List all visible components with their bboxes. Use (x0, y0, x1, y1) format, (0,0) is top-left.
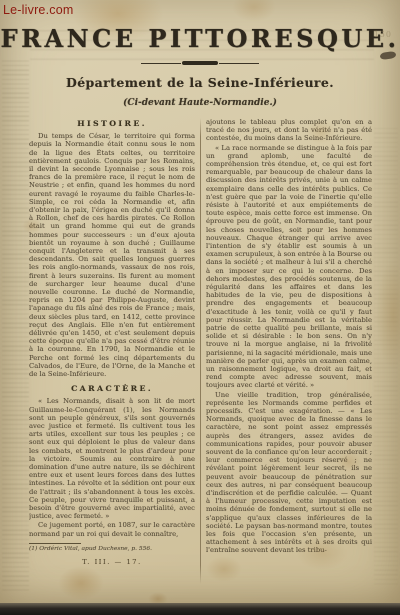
print-showthrough (374, 128, 398, 588)
left-column: HISTOIRE. Du temps de César, le territoi… (29, 118, 195, 584)
print-showthrough (2, 58, 29, 594)
book-page-scan: Le-livre.com FRANCE PITTORESQUE. 150 Dép… (0, 0, 400, 615)
ornament-line (141, 63, 181, 64)
histoire-paragraph: Du temps de César, le territoire qui for… (29, 132, 195, 378)
caractere-paragraph: Ce jugement porté, en 1087, sur le carac… (29, 521, 195, 537)
histoire-heading: HISTOIRE. (29, 120, 195, 128)
continued-paragraph: ajoutons le tableau plus complet qu'on e… (206, 118, 372, 143)
caractere-paragraph: « Les Normands, disait à son lit de mort… (29, 397, 195, 520)
right-column: ajoutons le tableau plus complet qu'on e… (206, 118, 372, 584)
volume-signature: T. III. — 17. (29, 558, 195, 566)
caractere-paragraph: Une vieille tradition, trop généralisée,… (206, 391, 372, 555)
text-columns: HISTOIRE. Du temps de César, le territoi… (29, 118, 372, 584)
ornament-bar (182, 61, 218, 65)
former-province-name: (Ci-devant Haute-Normandie.) (0, 98, 400, 108)
ornament-rule (141, 61, 259, 65)
footnote: (1) Ordéric Vital, apud Duchesne, p. 556… (29, 546, 195, 553)
page-number-showthrough: 150 (374, 30, 392, 39)
ornament-line (219, 63, 259, 64)
caractere-heading: CARACTÈRE. (29, 385, 195, 393)
masthead: FRANCE PITTORESQUE. 150 Département de l… (0, 0, 400, 108)
column-divider (200, 118, 201, 584)
caractere-paragraph: « La race normande se distingue à la foi… (206, 144, 372, 390)
paper-stain (376, 260, 400, 370)
scan-edge-shadow (0, 603, 400, 615)
page-title: FRANCE PITTORESQUE. (0, 26, 400, 52)
footnote-rule (29, 543, 81, 544)
department-title: Département de la Seine-Inférieure. (0, 75, 400, 90)
